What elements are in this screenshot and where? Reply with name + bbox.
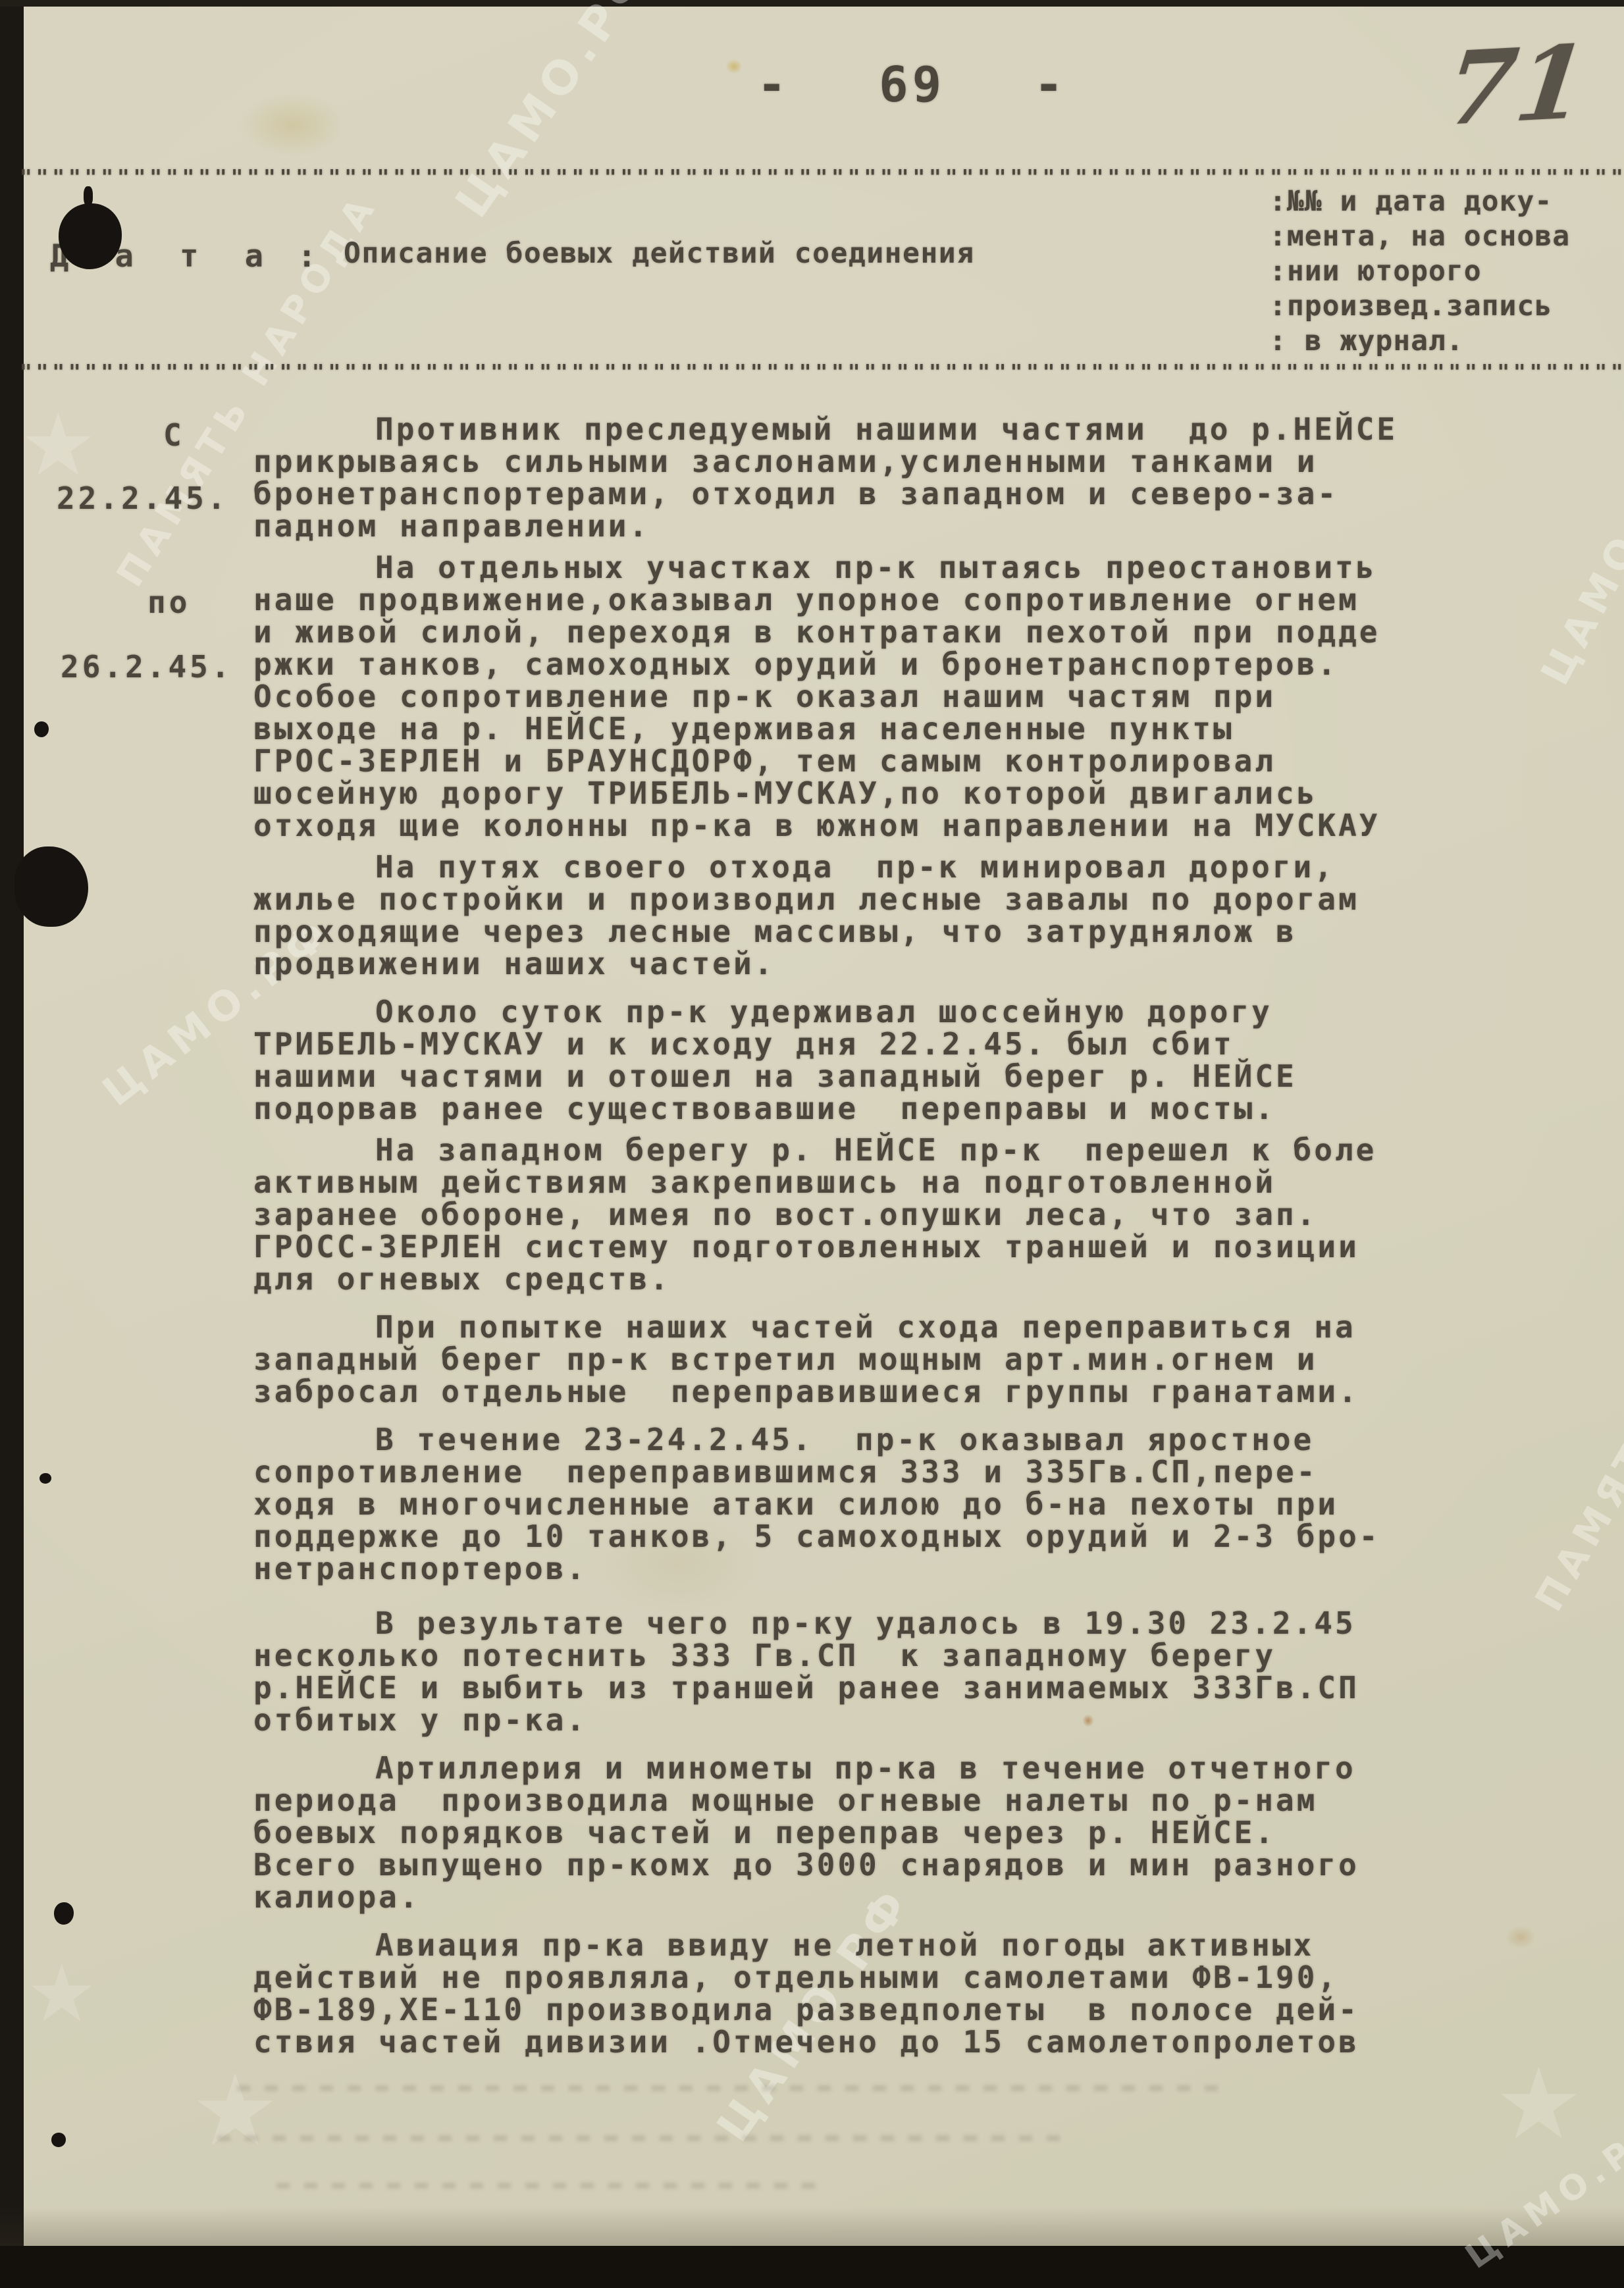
paper-stain xyxy=(217,79,369,171)
text-line: для огневых средств. xyxy=(253,1263,1425,1295)
text-line: и живой силой, переходя в контратаки пех… xyxy=(253,616,1425,648)
text-line: действий не проявляла, отдельными самоле… xyxy=(253,1962,1425,1994)
text-line: шосейную дорогу ТРИБЕЛЬ-МУСКАУ,по которо… xyxy=(253,777,1425,810)
text-line: В результате чего пр-ку удалось в 19.30 … xyxy=(253,1607,1425,1640)
text-line: проходящие через лесные массивы, что зат… xyxy=(253,916,1425,948)
text-line: боевых порядков частей и переправ через … xyxy=(253,1817,1425,1849)
text-line: р.НЕЙСЕ и выбить из траншей ранее занима… xyxy=(253,1672,1425,1704)
scan-edge-bottom xyxy=(0,2246,1624,2288)
watermark-project: ПАМЯТЬ НАРОДА xyxy=(1526,1191,1624,1619)
typed-page-number: - 69 - xyxy=(757,57,1067,113)
text-line: периода производила мощные огневые налет… xyxy=(253,1784,1425,1817)
text-line: ходя в многочисленные атаки силою до б-н… xyxy=(253,1488,1425,1521)
text-line: ржки танков, самоходных орудий и бронетр… xyxy=(253,648,1425,681)
bleed-through-text xyxy=(237,2085,1224,2091)
margin-to-label: по xyxy=(147,585,190,620)
scanned-document-page: ЦАМО.РФ ЦАМО.РФ ПАМЯТЬ НАРОДА ЦАМО.РФ ПА… xyxy=(0,0,1624,2288)
punch-hole xyxy=(59,203,122,269)
text-line: ТРИБЕЛЬ-МУСКАУ и к исходу дня 22.2.45. б… xyxy=(253,1028,1425,1060)
text-line: бронетранспортерами, отходил в западном … xyxy=(253,478,1425,510)
paper-stain xyxy=(723,57,745,76)
bleed-through-text xyxy=(276,2183,816,2189)
text-line: На отдельных участках пр-к пытаясь преос… xyxy=(253,552,1425,584)
text-line: Всего выпущено пр-комх до 3000 снарядов … xyxy=(253,1849,1425,1881)
margin-from-label: С xyxy=(163,417,185,453)
paper-stain xyxy=(1501,1922,1540,1952)
quote-mark-border-bottom: """"""""""""""""""""""""""""""""""""""""… xyxy=(20,361,1624,388)
header-colon: : xyxy=(298,238,316,274)
text-line: ствия частей дивизии .Отмечено до 15 сам… xyxy=(253,2026,1425,2058)
text-line: сопротивление переправившимся 333 и 335Г… xyxy=(253,1456,1425,1488)
text-line: Противник преследуемый нашими частями до… xyxy=(253,413,1425,446)
margin-to-date: 26.2.45. xyxy=(61,649,233,685)
header-title: Описание боевых действий соединения xyxy=(344,237,975,270)
paragraph: В течение 23-24.2.45. пр-к оказывал ярос… xyxy=(253,1424,1425,1585)
text-line: Артиллерия и минометы пр-ка в течение от… xyxy=(253,1752,1425,1784)
text-line: нетранспортеров. xyxy=(253,1553,1425,1585)
margin-from-date: 22.2.45. xyxy=(57,481,229,516)
text-line: продвижении наших частей. xyxy=(253,948,1425,980)
punch-hole xyxy=(39,1473,51,1484)
punch-hole xyxy=(34,721,49,737)
scan-edge-bottom-shadow xyxy=(0,2206,1624,2246)
text-line: забросал отдельные переправившиеся групп… xyxy=(253,1376,1425,1408)
text-line: подорвав ранее существовавшие переправы … xyxy=(253,1093,1425,1125)
header-right-line: :нии юторого xyxy=(1269,254,1624,289)
text-line: нашими частями и отошел на западный бере… xyxy=(253,1060,1425,1093)
text-line: выходе на р. НЕЙСЕ, удерживая населенные… xyxy=(253,713,1425,745)
paragraph: Авиация пр-ка ввиду не летной погоды акт… xyxy=(253,1929,1425,2058)
paragraph: На путях своего отхода пр-к минировал до… xyxy=(253,851,1425,980)
paragraph: В результате чего пр-ку удалось в 19.30 … xyxy=(253,1607,1425,1736)
watermark-archive: ЦАМО.РФ xyxy=(1532,433,1624,692)
text-line: Около суток пр-к удерживал шоссейную дор… xyxy=(253,996,1425,1028)
text-line: ФВ-189,ХЕ-110 производила разведполеты в… xyxy=(253,1994,1425,2026)
text-line: Особое сопротивление пр-к оказал нашим ч… xyxy=(253,681,1425,713)
text-line: отходя щие колонны пр-ка в южном направл… xyxy=(253,810,1425,842)
text-line: На путях своего отхода пр-к минировал до… xyxy=(253,851,1425,883)
header-right-line: :мента, на основа xyxy=(1269,219,1624,254)
handwritten-page-number: 71 xyxy=(1440,22,1593,148)
text-line: ГРОСС-ЗЕРЛЕН систему подготовленных тран… xyxy=(253,1231,1425,1263)
text-line: При попытке наших частей схода переправи… xyxy=(253,1311,1425,1343)
text-line: несколько потеснить 333 Гв.СП к западном… xyxy=(253,1640,1425,1672)
header-right-line: :№№ и дата доку- xyxy=(1269,184,1624,219)
text-line: жилье постройки и производил лесные зава… xyxy=(253,883,1425,916)
text-line: калиора. xyxy=(253,1881,1425,1913)
paragraph: На западном берегу р. НЕЙСЕ пр-к перешел… xyxy=(253,1134,1425,1295)
star-watermark-icon: ★ xyxy=(1494,2047,1583,2162)
punch-hole xyxy=(54,1902,74,1925)
text-line: прикрываясь сильными заслонами,усиленным… xyxy=(253,446,1425,478)
header-right-column: :№№ и дата доку- :мента, на основа :нии … xyxy=(1269,184,1624,359)
paragraph: На отдельных участках пр-к пытаясь преос… xyxy=(253,552,1425,842)
paragraph: При попытке наших частей схода переправи… xyxy=(253,1311,1425,1408)
punch-hole xyxy=(14,846,88,927)
text-line: активным действиям закрепившись на подго… xyxy=(253,1166,1425,1199)
header-right-line: :произвед.запись xyxy=(1269,289,1624,324)
scan-edge-left xyxy=(0,0,24,2288)
text-line: отбитых у пр-ка. xyxy=(253,1704,1425,1736)
text-line: На западном берегу р. НЕЙСЕ пр-к перешел… xyxy=(253,1134,1425,1166)
text-line: Авиация пр-ка ввиду не летной погоды акт… xyxy=(253,1929,1425,1962)
text-line: заранее обороне, имея по вост.опушки лес… xyxy=(253,1199,1425,1231)
text-line: В течение 23-24.2.45. пр-к оказывал ярос… xyxy=(253,1424,1425,1456)
paragraph: Артиллерия и минометы пр-ка в течение от… xyxy=(253,1752,1425,1913)
scan-edge-top xyxy=(0,0,1624,7)
text-line: западный берег пр-к встретил мощным арт.… xyxy=(253,1343,1425,1376)
text-line: ГРОС-ЗЕРЛЕН и БРАУНСДОРФ, тем самым конт… xyxy=(253,745,1425,777)
text-line: наше продвижение,оказывал упорное сопрот… xyxy=(253,584,1425,616)
text-line: падном направлении. xyxy=(253,510,1425,542)
document-body: Противник преследуемый нашими частями до… xyxy=(253,413,1425,2067)
punch-hole xyxy=(51,2133,66,2147)
header-right-line: : в журнал. xyxy=(1269,324,1624,359)
star-watermark-icon: ★ xyxy=(26,1948,97,2040)
paragraph: Около суток пр-к удерживал шоссейную дор… xyxy=(253,996,1425,1125)
bleed-through-text xyxy=(217,2135,1060,2141)
paragraph: Противник преследуемый нашими частями до… xyxy=(253,413,1425,542)
text-line: поддержке до 10 танков, 5 самоходных ору… xyxy=(253,1521,1425,1553)
star-watermark-icon: ★ xyxy=(191,2054,279,2168)
